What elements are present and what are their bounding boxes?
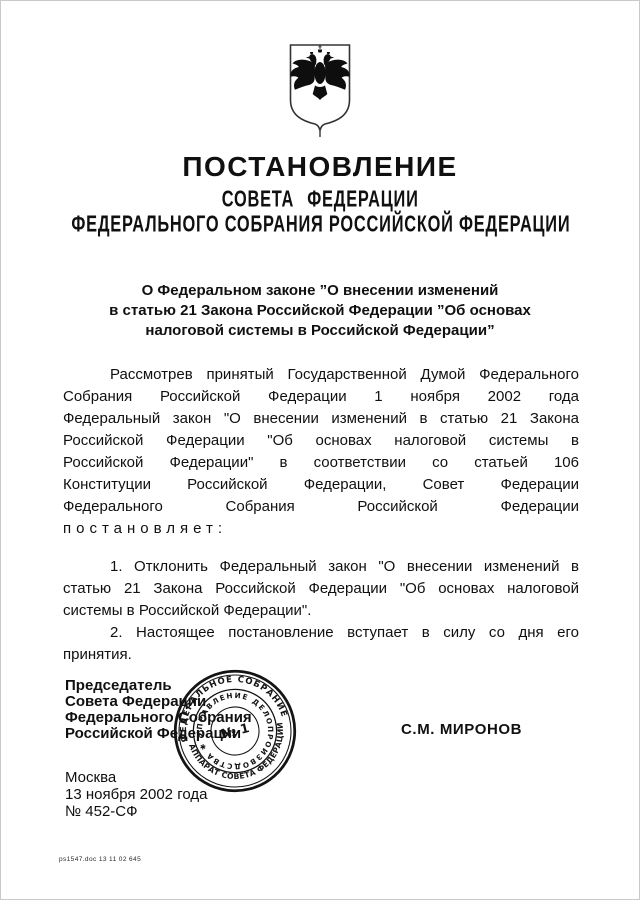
body-line: статью 21 Закона Российской Федерации "О…	[63, 578, 579, 600]
place-date-block: Москва 13 ноября 2002 года № 452-СФ	[65, 769, 207, 820]
document-date: 13 ноября 2002 года	[65, 786, 207, 803]
body-line: 1. Отклонить Федеральный закон "О внесен…	[63, 556, 579, 578]
body-line: 2. Настоящее постановление вступает в си…	[63, 622, 579, 644]
body-line: Российской Федерации "Об основах налогов…	[63, 430, 579, 452]
subject-line: налоговой системы в Российской Федерации…	[1, 321, 639, 341]
body-line: Рассмотрев принятый Государственной Думо…	[63, 364, 579, 386]
signatory-name: С.М. МИРОНОВ	[401, 721, 522, 738]
body-line: Российской Федерации" в соответствии со …	[63, 452, 579, 474]
russia-coat-of-arms-icon	[285, 42, 355, 143]
place-city: Москва	[65, 769, 207, 786]
document-number: № 452-СФ	[65, 803, 207, 820]
body-line: принятия.	[63, 644, 579, 666]
body-line: системы в Российской Федерации".	[63, 600, 579, 622]
paragraph-gap	[63, 540, 579, 556]
document-title: ПОСТАНОВЛЕНИЕ	[1, 151, 639, 183]
org-name-line1: СОВЕТА ФЕДЕРАЦИИ	[1, 188, 639, 212]
stamp-center-number: № 1	[219, 721, 251, 743]
org-name-line2: ФЕДЕРАЛЬНОГО СОБРАНИЯ РОССИЙСКОЙ ФЕДЕРАЦ…	[1, 213, 639, 237]
subject-line: в статью 21 Закона Российской Федерации …	[1, 301, 639, 321]
subject-heading: О Федеральном законе ”О внесении изменен…	[1, 281, 639, 341]
subject-line: О Федеральном законе ”О внесении изменен…	[1, 281, 639, 301]
document-page: ПОСТАНОВЛЕНИЕ СОВЕТА ФЕДЕРАЦИИ ФЕДЕРАЛЬН…	[0, 0, 640, 900]
body-line: Собрания Российской Федерации 1 ноября 2…	[63, 386, 579, 408]
body-line: Федеральный закон "О внесении изменений …	[63, 408, 579, 430]
file-footer-note: ps1547.doc 13 11 02 645	[59, 856, 141, 863]
body-line: Федерального Собрания Российской Федерац…	[63, 496, 579, 518]
body-line: Конституции Российской Федерации, Совет …	[63, 474, 579, 496]
resolve-word: постановляет:	[63, 518, 579, 540]
document-body: Рассмотрев принятый Государственной Думо…	[63, 364, 579, 666]
